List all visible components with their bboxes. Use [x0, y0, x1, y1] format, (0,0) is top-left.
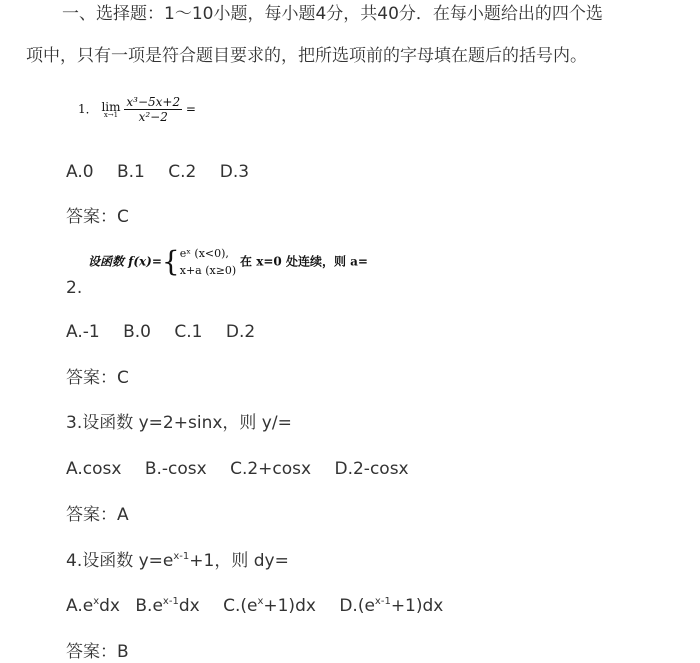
- option-d: D.(ex-1+1)dx: [339, 594, 443, 618]
- denominator: x²−2: [124, 110, 182, 123]
- question-1-answer: 答案：C: [66, 205, 129, 229]
- question-2-equation-image: 设函数 f(x)={ eˣ (x<0), x+a (x≥0) 在 x=0 处连续…: [88, 245, 368, 279]
- numerator: x³−5x+2: [124, 96, 182, 110]
- question-1-options: A.0 B.1 C.2 D.3: [66, 160, 267, 184]
- option-a: A.cosx: [66, 457, 121, 481]
- option-a: A.-1: [66, 320, 100, 344]
- option-b: B.1: [117, 160, 145, 184]
- option-b: B.ex-1dx: [135, 594, 199, 618]
- option-b: B.-cosx: [145, 457, 207, 481]
- question-3-answer: 答案：A: [66, 503, 129, 527]
- question-2-options: A.-1 B.0 C.1 D.2: [66, 320, 273, 344]
- question-2-answer: 答案：C: [66, 366, 129, 390]
- option-c: C.2: [168, 160, 196, 184]
- limit-operator: lim x→1: [101, 101, 120, 119]
- option-c: C.(ex+1)dx: [223, 594, 316, 618]
- option-c: C.1: [174, 320, 202, 344]
- option-c: C.2+cosx: [230, 457, 311, 481]
- question-1-equation-image: 1． lim x→1 x³−5x+2 x²−2 =: [78, 96, 196, 123]
- fraction: x³−5x+2 x²−2: [124, 96, 182, 123]
- section-intro-line2: 项中，只有一项是符合题目要求的，把所选项前的字母填在题后的括号内。: [26, 44, 587, 68]
- section-intro-line1: 一、选择题：1～10小题，每小题4分，共40分．在每小题给出的四个选: [62, 2, 603, 26]
- brace: {: [162, 245, 180, 278]
- question-4-options: A.exdx B.ex-1dx C.(ex+1)dx D.(ex-1+1)dx: [66, 594, 461, 618]
- question-3-text: 3.设函数 y=2+sinx，则 y/=: [66, 411, 292, 435]
- question-4-answer: 答案：B: [66, 640, 129, 663]
- question-4-text: 4.设函数 y=ex-1+1，则 dy=: [66, 549, 289, 573]
- question-1-number: 1．: [78, 102, 98, 116]
- question-3-options: A.cosx B.-cosx C.2+cosx D.2-cosx: [66, 457, 427, 481]
- option-d: D.3: [220, 160, 249, 184]
- option-a: A.0: [66, 160, 94, 184]
- option-a: A.exdx: [66, 594, 120, 618]
- option-d: D.2-cosx: [335, 457, 409, 481]
- question-2-number: 2.: [66, 276, 82, 300]
- piecewise-cases: eˣ (x<0), x+a (x≥0): [180, 245, 236, 279]
- option-b: B.0: [123, 320, 151, 344]
- option-d: D.2: [226, 320, 255, 344]
